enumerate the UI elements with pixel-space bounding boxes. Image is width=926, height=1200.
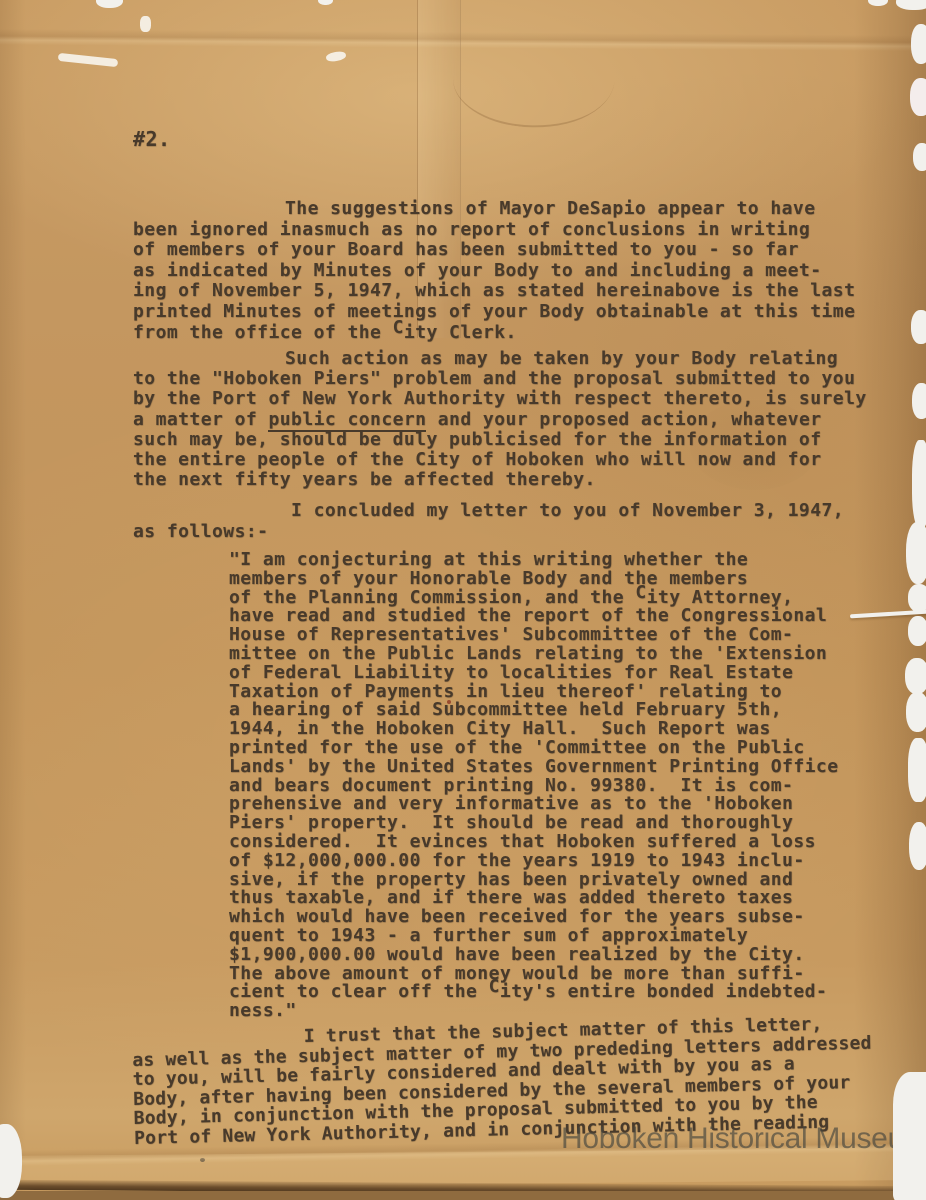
text-line: $1,900,000.00 would have been realized b… — [229, 946, 909, 965]
text-line: considered. It evinces that Hoboken suff… — [229, 833, 909, 852]
text-line: from the office of the City Clerk. — [133, 323, 893, 344]
paragraph-1: The suggestions of Mayor DeSapio appear … — [133, 199, 893, 343]
paper-tear — [910, 78, 926, 116]
paper-tear — [911, 24, 926, 64]
page-number: #2. — [133, 127, 170, 151]
paper-tear — [908, 616, 926, 646]
paragraph-2: Such action as may be taken by your Body… — [133, 349, 893, 490]
quoted-letter-excerpt: "I am conjecturing at this writing wheth… — [229, 551, 909, 1021]
text-line: Such action as may be taken by your Body… — [133, 349, 893, 369]
paper-tear — [909, 822, 926, 870]
text-line: as indicated by Minutes of your Body to … — [133, 261, 893, 282]
paper-tear — [908, 738, 926, 802]
paper-tear — [906, 692, 926, 732]
text-line: quent to 1943 - a further sum of approxi… — [229, 927, 909, 946]
text-line: The suggestions of Mayor DeSapio appear … — [133, 199, 893, 220]
paper-tear — [913, 143, 926, 171]
paragraph-3: I concluded my letter to you of November… — [133, 501, 893, 542]
text-line: cient to clear off the City's entire bon… — [229, 983, 909, 1002]
text-line: ing of November 5, 1947, which as stated… — [133, 281, 893, 302]
text-line: such may be, should be duly publicised f… — [133, 430, 893, 450]
text-line: been ignored inasmuch as no report of co… — [133, 220, 893, 241]
paper-tear — [911, 310, 926, 344]
text-line: printed for the use of the 'Committee on… — [229, 739, 909, 758]
text-line: by the Port of New York Authority with r… — [133, 389, 893, 409]
text-line: "I am conjecturing at this writing wheth… — [229, 551, 909, 570]
text-line: of $12,000,000.00 for the years 1919 to … — [229, 852, 909, 871]
paper-underlay — [0, 1191, 926, 1200]
text-line: to the "Hoboken Piers" problem and the p… — [133, 369, 893, 389]
paper-tear — [912, 440, 926, 528]
text-line: the entire people of the City of Hoboken… — [133, 450, 893, 470]
text-line: I concluded my letter to you of November… — [133, 501, 893, 522]
text-line: Lands' by the United States Government P… — [229, 758, 909, 777]
text-line: of Federal Liability to localities for R… — [229, 664, 909, 683]
text-line: printed Minutes of meetings of your Body… — [133, 302, 893, 323]
text-line: of members of your Board has been submit… — [133, 240, 893, 261]
paper-tear — [912, 383, 926, 419]
text-line: as follows:- — [133, 522, 893, 543]
paper-tear — [905, 658, 926, 694]
text-line: mittee on the Public Lands relating to t… — [229, 645, 909, 664]
paper-scratch — [140, 16, 151, 32]
paper-shadow-left — [0, 0, 26, 1193]
paper-tear — [908, 584, 926, 612]
paper-tear — [906, 522, 926, 584]
paper-tear — [893, 1072, 926, 1200]
watermark: Hoboken Historical Museum — [561, 1122, 926, 1156]
scan-background: #2. The suggestions of Mayor DeSapio app… — [0, 0, 926, 1200]
text-line: the next fifty years be affected thereby… — [133, 470, 893, 490]
text-line: members of your Honorable Body and the m… — [229, 570, 909, 589]
text-line: a matter of public concern and your prop… — [133, 410, 893, 430]
